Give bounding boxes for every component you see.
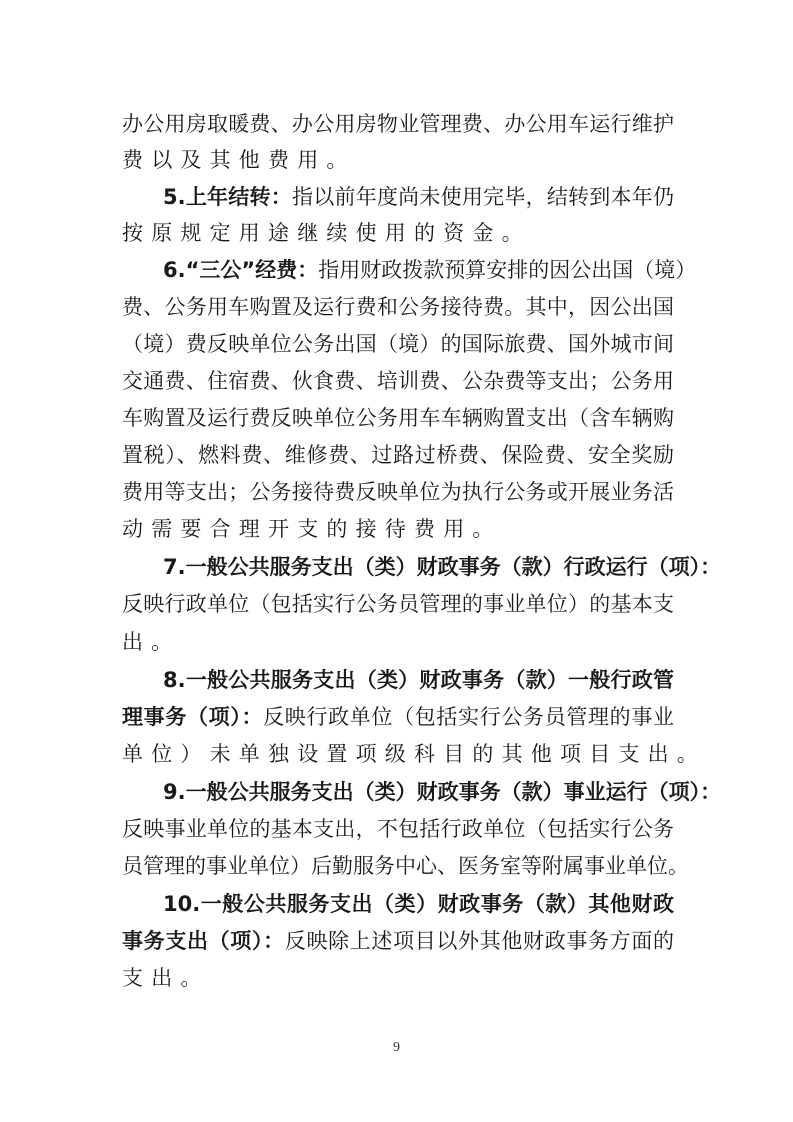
document-page: 办公用房取暖费、办公用房物业管理费、办公用车运行维护 费以及其他费用。 5.上年… xyxy=(0,0,793,1122)
page-number: 9 xyxy=(0,1040,793,1056)
text-line: 交通费、住宿费、伙食费、培训费、公杂费等支出；公务用 xyxy=(122,363,674,399)
text-line: 反映行政单位（包括实行公务员管理的事业单位）的基本支 xyxy=(122,586,674,622)
item-heading: 5.上年结转： xyxy=(163,185,292,209)
text-line: 置税）、燃料费、维修费、过路过桥费、保险费、安全奖励 xyxy=(122,437,674,473)
item-heading: 10.一般公共服务支出（类）财政事务（款）其他财政 xyxy=(163,892,674,916)
text-line: 单位）未单独设置项级科目的其他项目支出。 xyxy=(122,736,674,772)
text-line: 7.一般公共服务支出（类）财政事务（款）行政运行（项）： xyxy=(163,549,674,585)
text-line: 支出。 xyxy=(122,960,674,996)
text-line: （境）费反映单位公务出国（境）的国际旅费、国外城市间 xyxy=(122,326,674,362)
text-line: 8.一般公共服务支出（类）财政事务（款）一般行政管 xyxy=(163,662,674,698)
item-heading: 8.一般公共服务支出（类）财政事务（款）一般行政管 xyxy=(163,668,674,692)
text-line: 费用等支出；公务接待费反映单位为执行公务或开展业务活 xyxy=(122,474,674,510)
item-heading: 7.一般公共服务支出（类）财政事务（款）行政运行（项）： xyxy=(163,555,721,579)
text-line: 理事务（项）：反映行政单位（包括实行公务员管理的事业 xyxy=(122,699,674,735)
item-heading: 事务支出（项）： xyxy=(122,929,285,953)
text-line: 按原规定用途继续使用的资金。 xyxy=(122,215,674,251)
text-line: 9.一般公共服务支出（类）财政事务（款）事业运行（项）： xyxy=(163,774,674,810)
text-line: 出。 xyxy=(122,624,674,660)
item-heading: 9.一般公共服务支出（类）财政事务（款）事业运行（项）： xyxy=(163,780,721,804)
text-line: 5.上年结转：指以前年度尚未使用完毕，结转到本年仍 xyxy=(163,179,674,215)
text-line: 办公用房取暖费、办公用房物业管理费、办公用车运行维护 xyxy=(122,106,674,142)
text-line: 员管理的事业单位）后勤服务中心、医务室等附属事业单位。 xyxy=(122,848,674,884)
text-line: 反映事业单位的基本支出，不包括行政单位（包括实行公务 xyxy=(122,811,674,847)
text-line: 费以及其他费用。 xyxy=(122,142,674,178)
item-heading: 理事务（项）： xyxy=(122,705,263,729)
text-line: 事务支出（项）：反映除上述项目以外其他财政事务方面的 xyxy=(122,923,674,959)
item-heading: 6.“三公”经费： xyxy=(163,258,318,282)
text-line: 10.一般公共服务支出（类）财政事务（款）其他财政 xyxy=(163,886,674,922)
text-line: 动需要合理开支的接待费用。 xyxy=(122,511,674,547)
text-line: 费、公务用车购置及运行费和公务接待费。其中，因公出国 xyxy=(122,289,674,325)
text-line: 6.“三公”经费：指用财政拨款预算安排的因公出国（境） xyxy=(163,252,674,288)
text-line: 车购置及运行费反映单位公务用车车辆购置支出（含车辆购 xyxy=(122,400,674,436)
